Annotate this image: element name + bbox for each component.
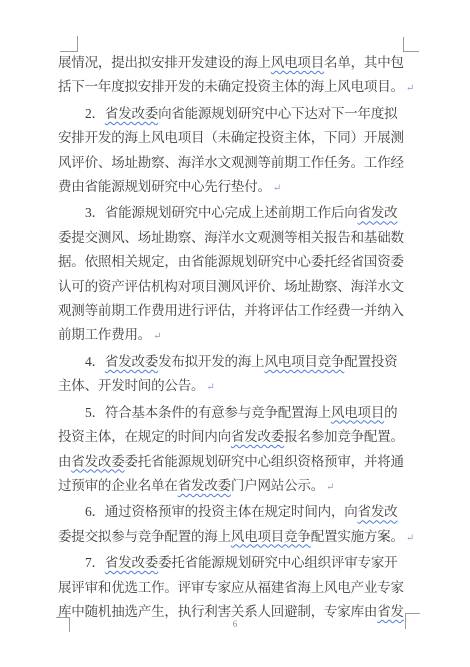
text-line[interactable]: 观测等前期工作费用进行评估，并将评估工作经费一并纳入 <box>58 299 406 323</box>
spellcheck-squiggle: 风电项目竞争 <box>231 529 311 544</box>
crop-mark-top-right-icon <box>403 37 419 52</box>
spellcheck-squiggle: 省发改委 <box>105 106 158 121</box>
spellcheck-squiggle: 风电项目竞争 <box>264 354 344 369</box>
spellcheck-squiggle: 省发改 <box>358 504 398 519</box>
paragraph-mark-icon: ↵ <box>326 482 334 493</box>
spellcheck-squiggle: 风电项目 <box>271 55 324 70</box>
text-line[interactable]: 委提交拟参与竞争配置的海上风电项目竞争配置实施方案。↵ <box>58 525 406 551</box>
spellcheck-squiggle: 省发 <box>377 604 404 619</box>
text-line[interactable]: 7．省发改委委托省能源规划研究中心组织评审专家开 <box>58 551 406 575</box>
text-line[interactable]: 括下一年度拟安排开发的未确定投资主体的海上风电项目。↵ <box>58 75 406 101</box>
text-line[interactable]: 前期工作费用。↵ <box>58 323 406 349</box>
text-line[interactable]: 展情况，提出拟安排开发建设的海上风电项目名单，其中包 <box>58 51 406 75</box>
crop-mark-top-left-icon <box>60 36 78 52</box>
text-line[interactable]: 2．省发改委向省能源规划研究中心下达对下一年度拟 <box>58 102 406 126</box>
text-line[interactable]: 风评价、场址勘察、海洋水文观测等前期工作任务。工作经 <box>58 151 406 175</box>
spellcheck-squiggle: 省发改 <box>358 205 398 220</box>
document-text[interactable]: 展情况，提出拟安排开发建设的海上风电项目名单，其中包括下一年度拟安排开发的未确定… <box>58 51 406 624</box>
text-line[interactable]: 据。依照相关规定，由省能源规划研究中心委托经省国资委 <box>58 250 406 274</box>
text-line[interactable]: 认可的资产评估机构对项目测风评价、场址勘察、海洋水文 <box>58 275 406 299</box>
text-line[interactable]: 委提交测风、场址勘察、海洋水文观测等相关报告和基础数 <box>58 226 406 250</box>
text-line[interactable]: 展评审和优选工作。评审专家应从福建省海上风电产业专家 <box>58 576 406 600</box>
text-line[interactable]: 3．省能源规划研究中心完成上述前期工作后向省发改 <box>58 201 406 225</box>
spellcheck-squiggle: 省发改委 <box>231 429 284 444</box>
paragraph-mark-icon: ↵ <box>206 382 214 393</box>
text-line[interactable]: 费由省能源规划研究中心先行垫付。↵ <box>58 175 406 201</box>
spellcheck-squiggle: 省发改委 <box>71 454 124 469</box>
document-page: 展情况，提出拟安排开发建设的海上风电项目名单，其中包括下一年度拟安排开发的未确定… <box>0 0 470 667</box>
spellcheck-squiggle: 省发改委 <box>178 478 231 493</box>
text-line[interactable]: 投资主体，在规定的时间内向省发改委报名参加竞争配置。 <box>58 425 406 449</box>
spellcheck-squiggle: 风电项目 <box>331 405 384 420</box>
text-line[interactable]: 由省发改委委托省能源规划研究中心组织资格预审，并将通 <box>58 450 406 474</box>
spellcheck-squiggle: 省发改委 <box>105 354 158 369</box>
text-line[interactable]: 5．符合基本条件的有意参与竞争配置海上风电项目的 <box>58 401 406 425</box>
spellcheck-squiggle: 省发改委 <box>105 555 158 570</box>
text-line[interactable]: 4．省发改委发布拟开发的海上风电项目竞争配置投资 <box>58 350 406 374</box>
text-line[interactable]: 6．通过资格预审的投资主体在规定时间内，向省发改 <box>58 500 406 524</box>
text-line[interactable]: 安排开发的海上风电项目（未确定投资主体，下同）开展测 <box>58 126 406 150</box>
paragraph-mark-icon: ↵ <box>406 533 414 544</box>
text-line[interactable]: 过预审的企业名单在省发改委门户网站公示。↵ <box>58 474 406 500</box>
paragraph-mark-icon: ↵ <box>273 183 281 194</box>
page-number: 6 <box>0 619 470 629</box>
text-line[interactable]: 主体、开发时间的公告。↵ <box>58 374 406 400</box>
paragraph-mark-icon: ↵ <box>406 83 414 94</box>
paragraph-mark-icon: ↵ <box>153 331 161 342</box>
